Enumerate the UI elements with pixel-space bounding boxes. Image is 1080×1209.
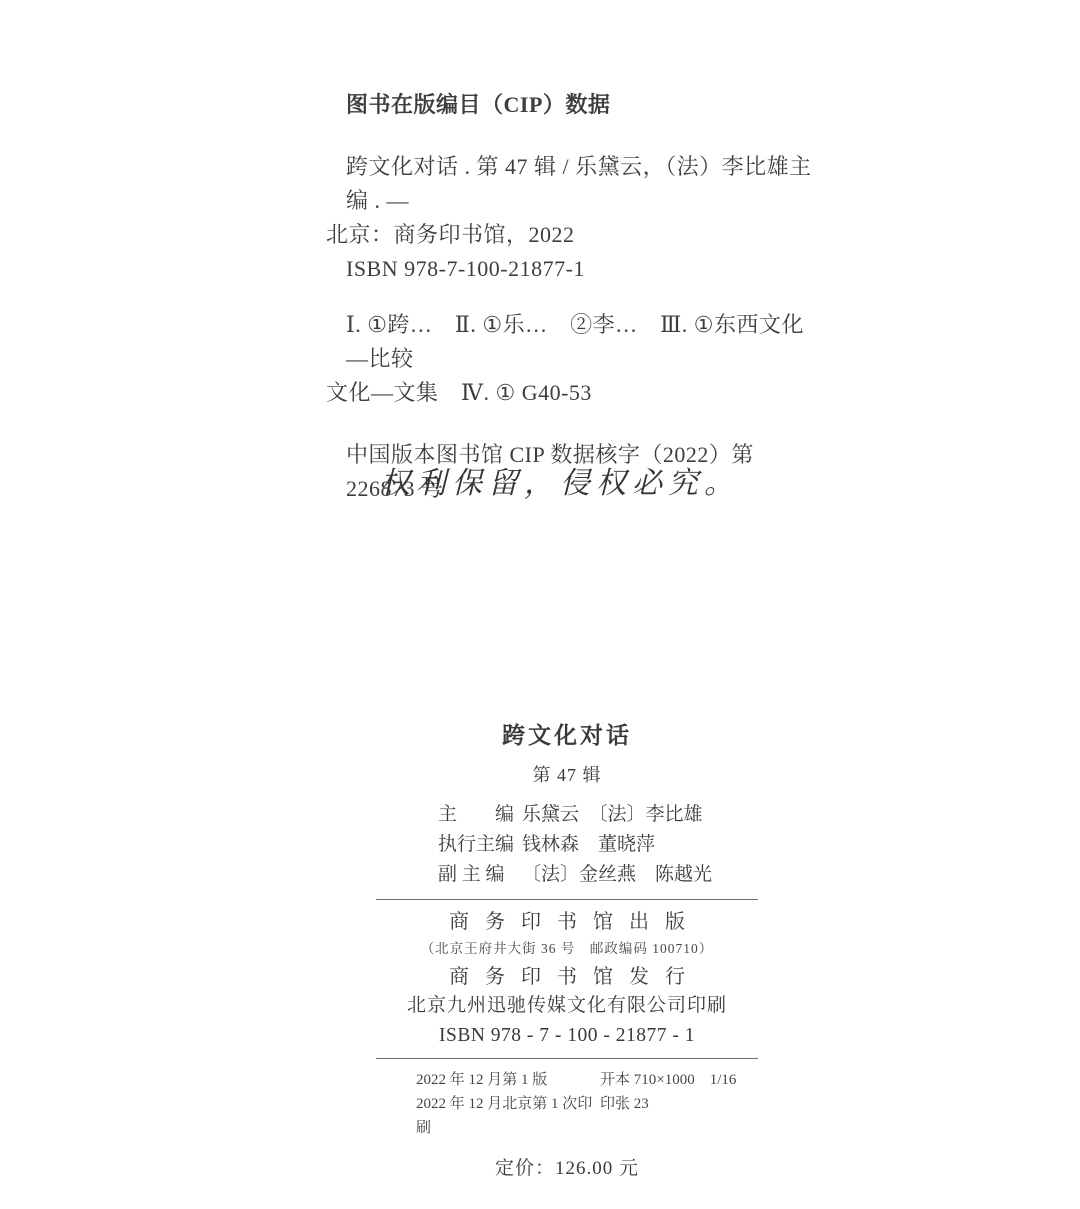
editor-names: 乐黛云 〔法〕李比雄 (522, 804, 703, 825)
isbn-line: ISBN 978 - 7 - 100 - 21877 - 1 (376, 1023, 758, 1049)
edition-line: 2022 年 12 月第 1 版 (416, 1068, 600, 1092)
cip-entry-line: 跨文化对话 . 第 47 辑 / 乐黛云，（法）李比雄主编 . — (326, 150, 826, 218)
impression-line: 2022 年 12 月北京第 1 次印刷 (416, 1092, 600, 1140)
cip-entry-line: ISBN 978-7-100-21877-1 (326, 252, 826, 286)
cip-heading: 图书在版编目（CIP）数据 (326, 88, 826, 122)
editor-role: 副 主 编 (438, 860, 522, 890)
editor-role: 主 编 (438, 800, 522, 830)
volume-label: 第 47 辑 (376, 761, 758, 787)
printer-line: 北京九州迅驰传媒文化有限公司印刷 (376, 993, 758, 1019)
cip-entry: 跨文化对话 . 第 47 辑 / 乐黛云，（法）李比雄主编 . — 北京：商务印… (326, 150, 826, 286)
editor-row: 副 主 编〔法〕金丝燕 陈越光 (438, 860, 758, 890)
divider-rule (376, 899, 758, 900)
cip-data-block: 图书在版编目（CIP）数据 跨文化对话 . 第 47 辑 / 乐黛云，（法）李比… (326, 88, 826, 506)
cip-classification-line: Ⅰ. ①跨… Ⅱ. ①乐… ②李… Ⅲ. ①东西文化—比较 (326, 308, 826, 376)
publisher-address-line: （北京王府井大街 36 号 邮政编码 100710） (376, 938, 758, 959)
divider-rule (376, 1058, 758, 1059)
print-info: 2022 年 12 月第 1 版 开本 710×1000 1/16 2022 年… (376, 1068, 758, 1140)
editor-row: 主 编乐黛云 〔法〕李比雄 (438, 800, 758, 830)
price-line: 定价：126.00 元 (376, 1153, 758, 1180)
print-info-row: 2022 年 12 月第 1 版 开本 710×1000 1/16 (416, 1068, 758, 1092)
publisher-publish-line: 商务印书馆出版 (376, 909, 758, 935)
editor-names: 钱林森 董晓萍 (522, 834, 655, 855)
cip-classification: Ⅰ. ①跨… Ⅱ. ①乐… ②李… Ⅲ. ①东西文化—比较 文化—文集 Ⅳ. ①… (326, 308, 826, 410)
editor-names: 〔法〕金丝燕 陈越光 (522, 864, 712, 885)
print-info-row: 2022 年 12 月北京第 1 次印刷 印张 23 (416, 1092, 758, 1140)
sheets-line: 印张 23 (600, 1092, 649, 1140)
editor-role: 执行主编 (438, 830, 522, 860)
editor-row: 执行主编钱林森 董晓萍 (438, 830, 758, 860)
format-line: 开本 710×1000 1/16 (600, 1068, 736, 1092)
publisher-distribute-line: 商务印书馆发行 (376, 964, 758, 990)
book-title: 跨文化对话 (376, 722, 758, 750)
editors-list: 主 编乐黛云 〔法〕李比雄 执行主编钱林森 董晓萍 副 主 编〔法〕金丝燕 陈越… (376, 800, 758, 890)
cip-classification-line: 文化—文集 Ⅳ. ① G40-53 (326, 376, 826, 410)
colophon-block: 跨文化对话 第 47 辑 主 编乐黛云 〔法〕李比雄 执行主编钱林森 董晓萍 副… (376, 722, 758, 1180)
rights-notice: 权利保留，侵权必究。 (20, 458, 1080, 502)
cip-entry-line: 北京：商务印书馆，2022 (326, 218, 826, 252)
